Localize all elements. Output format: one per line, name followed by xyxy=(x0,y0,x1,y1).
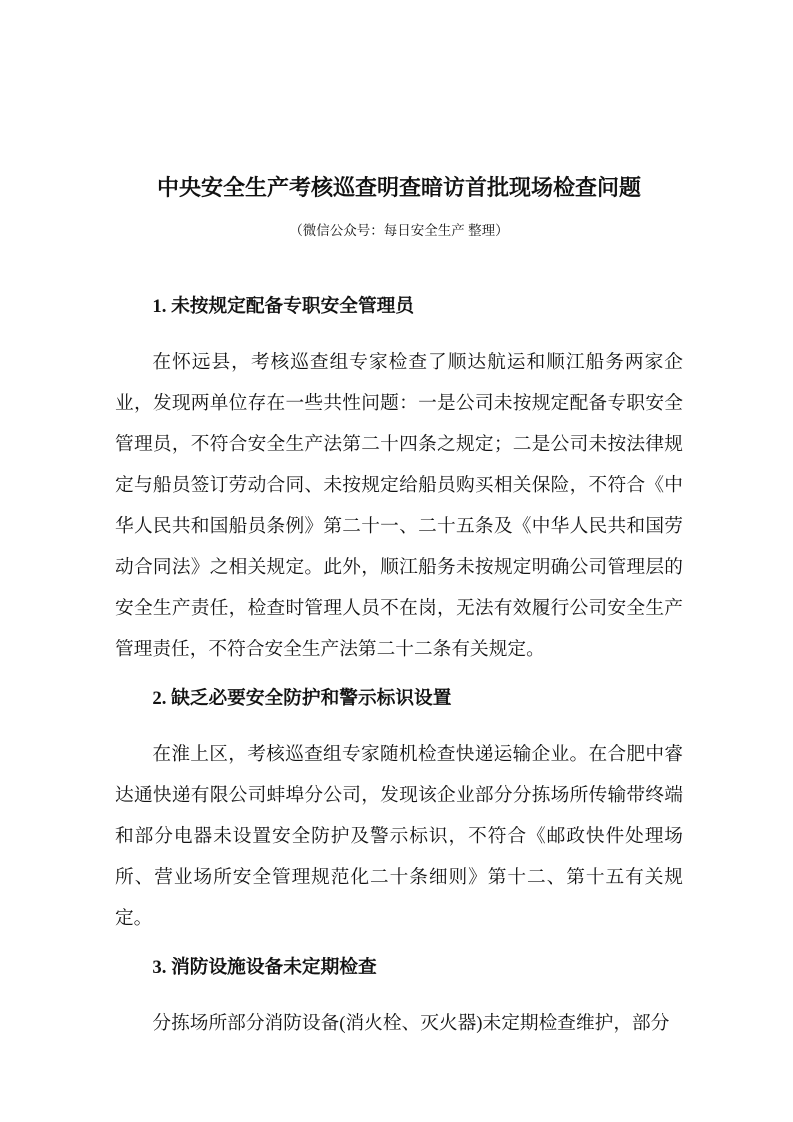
section-2-heading: 2. 缺乏必要安全防护和警示标识设置 xyxy=(115,678,683,719)
section-1-paragraph: 在怀远县，考核巡查组专家检查了顺达航运和顺江船务两家企业，发现两单位存在一些共性… xyxy=(115,342,683,670)
section-1-heading: 1. 未按规定配备专职安全管理员 xyxy=(115,286,683,327)
section-3-paragraph: 分拣场所部分消防设备(消火栓、灭火器)未定期检查维护，部分 xyxy=(115,1003,683,1044)
document-title: 中央安全生产考核巡查明查暗访首批现场检查问题 xyxy=(115,172,683,204)
section-2-paragraph: 在淮上区，考核巡查组专家随机检查快递运输企业。在合肥中睿达通快递有限公司蚌埠分公… xyxy=(115,734,683,939)
document-subtitle: （微信公众号：每日安全生产 整理） xyxy=(115,221,683,241)
section-1: 1. 未按规定配备专职安全管理员 在怀远县，考核巡查组专家检查了顺达航运和顺江船… xyxy=(115,286,683,670)
document-page: 中央安全生产考核巡查明查暗访首批现场检查问题 （微信公众号：每日安全生产 整理）… xyxy=(0,0,793,1122)
section-3-heading: 3. 消防设施设备未定期检查 xyxy=(115,947,683,988)
section-2: 2. 缺乏必要安全防护和警示标识设置 在淮上区，考核巡查组专家随机检查快递运输企… xyxy=(115,678,683,939)
section-3: 3. 消防设施设备未定期检查 分拣场所部分消防设备(消火栓、灭火器)未定期检查维… xyxy=(115,947,683,1044)
